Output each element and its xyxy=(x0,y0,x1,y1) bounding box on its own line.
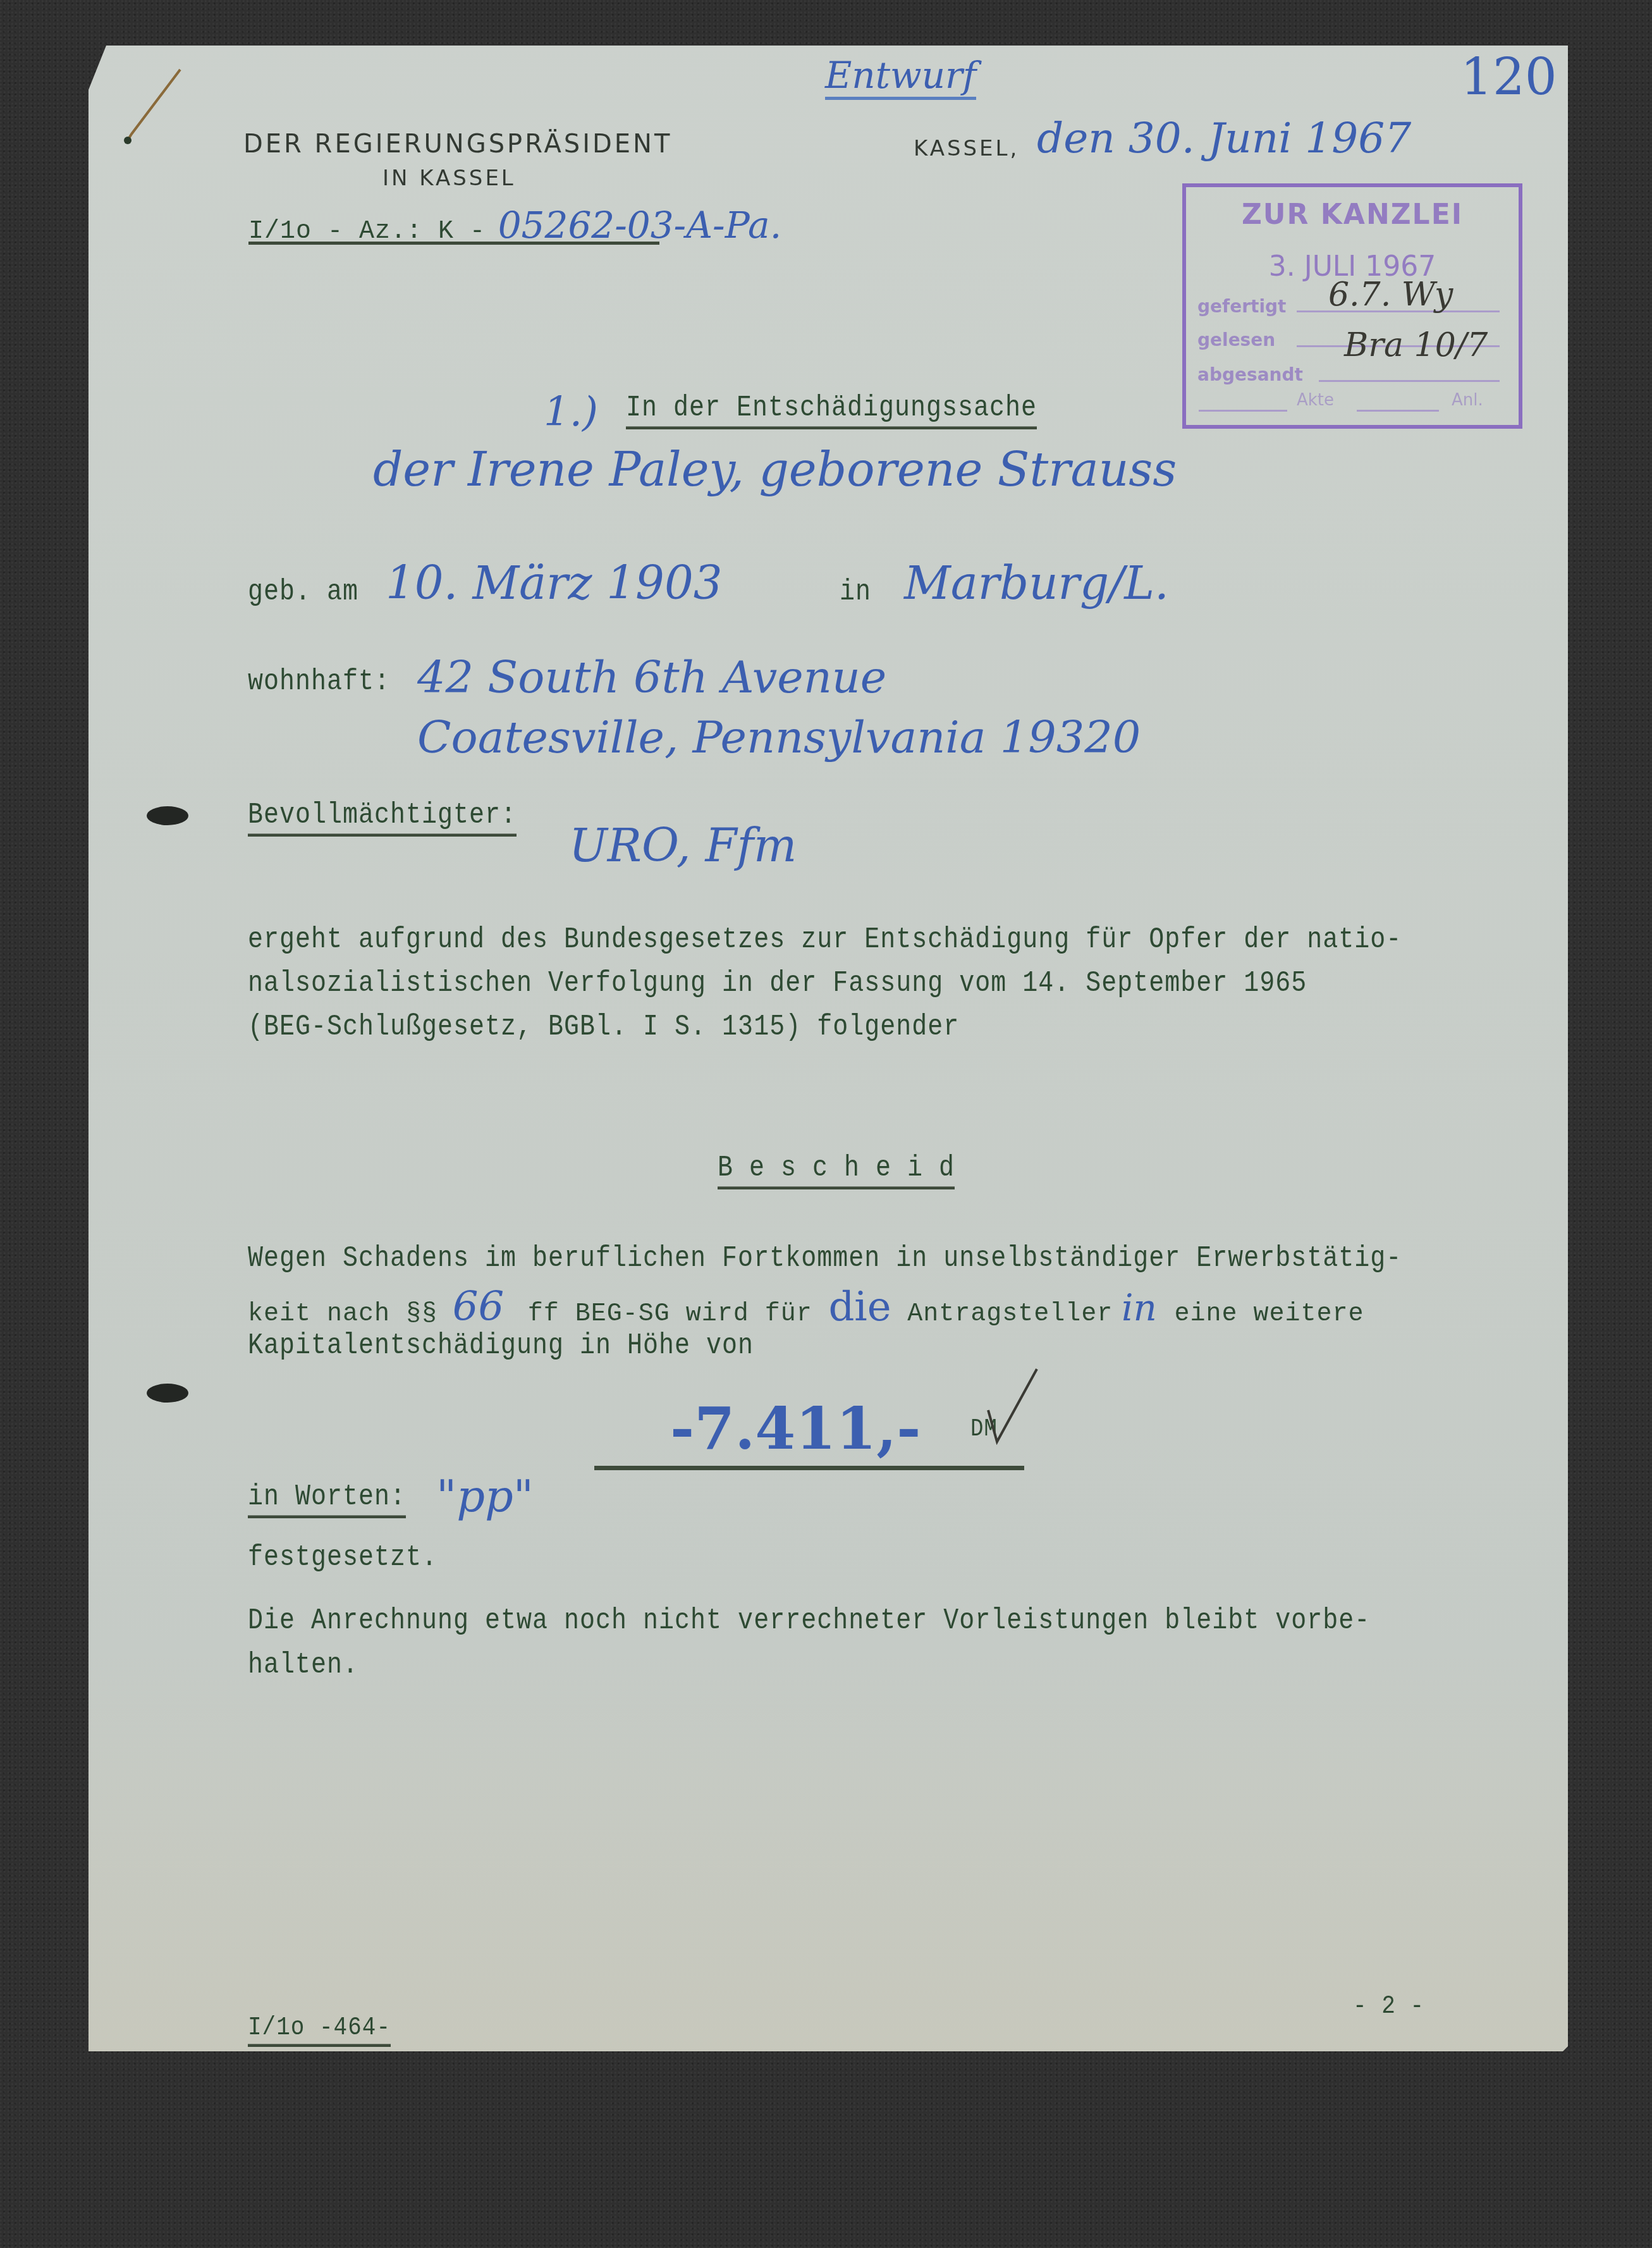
reference-number: 05262-03-A-Pa. xyxy=(498,204,781,247)
punch-hole xyxy=(147,806,188,825)
form-number: I/1o -464- xyxy=(248,2013,391,2047)
claimant-name: der Irene Paley, geborene Strauss xyxy=(373,443,1177,497)
stamp-initials-gelesen: Bra 10/7 xyxy=(1344,326,1488,364)
residence-line-1: 42 South 6th Avenue xyxy=(417,651,886,703)
residence-label: wohnhaft: xyxy=(248,666,390,699)
decision-line-1: Wegen Schadens im beruflichen Fortkommen… xyxy=(248,1243,1402,1275)
decision-line-2-d: eine weitere xyxy=(1175,1300,1364,1329)
reservation-line-1: Die Anrechnung etwa noch nicht verrechne… xyxy=(248,1605,1370,1638)
stamp-line xyxy=(1199,410,1287,412)
in-words-value: "pp" xyxy=(436,1470,534,1522)
preamble-line-1: ergeht aufgrund des Bundesgesetzes zur E… xyxy=(248,924,1402,957)
birth-date: 10. März 1903 xyxy=(386,556,723,610)
preamble-line-2: nalsozialistischen Verfolgung in der Fas… xyxy=(248,967,1307,1000)
preamble-line-3: (BEG-Schlußgesetz, BGBl. I S. 1315) folg… xyxy=(248,1011,959,1044)
stamp-initials-gefertigt: 6.7. Wy xyxy=(1328,276,1453,314)
article-die: die xyxy=(828,1284,891,1330)
representative-label: Bevollmächtigter: xyxy=(248,799,517,837)
page-marker: - 2 - xyxy=(1353,1991,1424,2021)
document-date: den 30. Juni 1967 xyxy=(1037,114,1411,163)
approval-check-icon xyxy=(983,1366,1040,1448)
stamp-footer-right: Anl. xyxy=(1452,391,1483,410)
feminine-suffix: in xyxy=(1122,1286,1157,1329)
place-label: KASSEL, xyxy=(914,136,1019,161)
check-mark-icon xyxy=(120,63,196,152)
authority-city: IN KASSEL xyxy=(382,166,516,191)
reservation-line-2: halten. xyxy=(248,1649,358,1682)
stamp-line xyxy=(1319,380,1500,382)
decision-line-2: keit nach §§ 66 ff BEG-SG wird für die A… xyxy=(248,1284,1364,1328)
authority-name: DER REGIERUNGSPRÄSIDENT xyxy=(243,130,672,159)
chancery-stamp: ZUR KANZLEI 3. JULI 1967 gefertigt geles… xyxy=(1182,183,1522,429)
stamp-line xyxy=(1357,410,1439,412)
decision-title: B e s c h e i d xyxy=(718,1152,955,1189)
born-label: geb. am xyxy=(248,576,358,609)
stamp-label-abgesandt: abgesandt xyxy=(1197,364,1303,385)
decision-line-3: Kapitalentschädigung in Höhe von xyxy=(248,1330,754,1363)
representative-name: URO, Ffm xyxy=(569,819,797,872)
fixed-text: festgesetzt. xyxy=(248,1542,437,1575)
stamp-footer-left: Akte xyxy=(1297,391,1334,410)
folio-number: 120 xyxy=(1460,47,1557,106)
stamp-label-gefertigt: gefertigt xyxy=(1197,296,1286,317)
amount-underline xyxy=(594,1466,1024,1470)
decision-line-2-a: keit nach §§ xyxy=(248,1300,437,1329)
amount-value: -7.411,- xyxy=(670,1394,921,1463)
reference-line: I/1o - Az.: K - 05262-03-A-Pa. xyxy=(248,204,659,245)
case-heading: In der Entschädigungssache xyxy=(626,392,1037,429)
birth-place: Marburg/L. xyxy=(904,556,1169,610)
draft-annotation: Entwurf xyxy=(825,54,976,100)
in-words-label: in Worten: xyxy=(248,1481,406,1518)
residence-line-2: Coatesville, Pennsylvania 19320 xyxy=(417,711,1141,763)
decision-line-2-b: ff BEG-SG wird für xyxy=(528,1300,812,1329)
reference-prefix: I/1o - Az.: K - xyxy=(248,218,486,246)
paragraph-number: 66 xyxy=(453,1284,504,1330)
punch-hole xyxy=(147,1384,188,1403)
decision-line-2-c: Antragsteller xyxy=(907,1300,1113,1329)
stamp-title: ZUR KANZLEI xyxy=(1186,199,1519,231)
stamp-label-gelesen: gelesen xyxy=(1197,329,1275,350)
item-number: 1.) xyxy=(544,389,598,436)
born-in-label: in xyxy=(840,576,871,609)
